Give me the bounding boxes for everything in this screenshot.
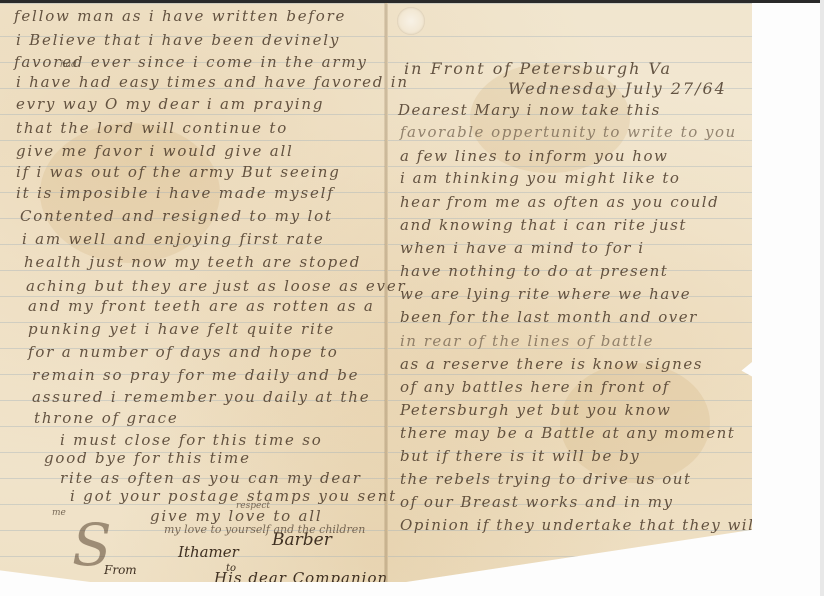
scanner-right-edge (820, 0, 824, 596)
love-line: my love to yourself and the children (164, 523, 365, 536)
text-line: favorable oppertunity to write to you (400, 123, 737, 141)
text-line: of our Breast works and in my (400, 493, 673, 511)
text-line: punking yet i have felt quite rite (28, 320, 335, 338)
companion-line: His dear Companion (214, 569, 388, 587)
text-line: i Believe that i have been devinely (16, 31, 340, 49)
text-line: hear from me as often as you could (400, 193, 719, 211)
closing-line: rite as often as you can my dear (60, 469, 362, 487)
text-line: aching but they are just as loose as eve… (26, 277, 406, 295)
text-line: in rear of the lines of battle (400, 332, 654, 350)
text-line: evry way O my dear i am praying (16, 95, 324, 113)
text-line: a few lines to inform you how (400, 147, 668, 165)
right-page: in Front of Petersburgh Va Wednesday Jul… (388, 3, 752, 582)
margin-note-me: me (52, 508, 66, 518)
text-line: fellow man as i have written before (14, 7, 346, 25)
text-line: Dearest Mary i now take this (398, 101, 661, 119)
closing-line: i must close for this time so (60, 431, 323, 449)
text-line: that the lord will continue to (16, 119, 288, 137)
text-line: have nothing to do at present (400, 262, 668, 280)
text-line: Petersburgh yet but you know (400, 401, 671, 419)
text-line: assured i remember you daily at the (32, 388, 370, 406)
inserted-word-respect: respect (236, 501, 270, 511)
text-line: i am well and enjoying first rate (22, 230, 325, 248)
text-line: i am thinking you might like to (400, 169, 680, 187)
text-line: as a reserve there is know signes (400, 355, 703, 373)
text-line: the rebels trying to drive us out (400, 470, 692, 488)
text-line: there may be a Battle at any moment (400, 424, 735, 442)
letter-location: in Front of Petersburgh Va (404, 59, 672, 78)
text-line: i have had easy times and have favored i… (16, 73, 409, 91)
text-line: been for the last month and over (400, 308, 698, 326)
scanned-letter: fellow man as i have written before i Be… (0, 0, 824, 596)
text-line: of any battles here in front of (400, 378, 670, 396)
text-line: give me favor i would give all (16, 142, 294, 160)
text-line: for a number of days and hope to (28, 343, 339, 361)
text-line: but if there is it will be by (400, 447, 640, 465)
signature-last-name: Barber (272, 530, 332, 550)
letter-sheet: fellow man as i have written before i Be… (0, 3, 752, 582)
text-line: it is imposible i have made myself (16, 184, 335, 202)
signature-first-name: Ithamer (178, 543, 239, 561)
text-line: health just now my teeth are stoped (24, 253, 361, 271)
text-line: throne of grace (34, 409, 179, 427)
recipient-name: mary (150, 579, 181, 593)
text-line: when i have a mind to for i (400, 239, 645, 257)
text-line: and knowing that i can rite just (400, 216, 687, 234)
left-page: fellow man as i have written before i Be… (0, 3, 385, 582)
text-line: we are lying rite where we have (400, 285, 691, 303)
scanner-top-edge (0, 0, 824, 3)
text-line: Contented and resigned to my lot (20, 207, 333, 225)
from-label: From (104, 563, 137, 577)
inserted-word-had: had (60, 60, 77, 70)
letter-date: Wednesday July 27/64 (508, 79, 727, 98)
text-line: Opinion if they undertake that they will (400, 516, 761, 534)
text-line: remain so pray for me daily and be (32, 366, 359, 384)
closing-line: i got your postage stamps you sent (70, 487, 397, 505)
closing-line: good bye for this time (44, 449, 251, 467)
text-line: and my front teeth are as rotten as a (28, 297, 375, 315)
text-line: if i was out of the army But seeing (16, 163, 341, 181)
